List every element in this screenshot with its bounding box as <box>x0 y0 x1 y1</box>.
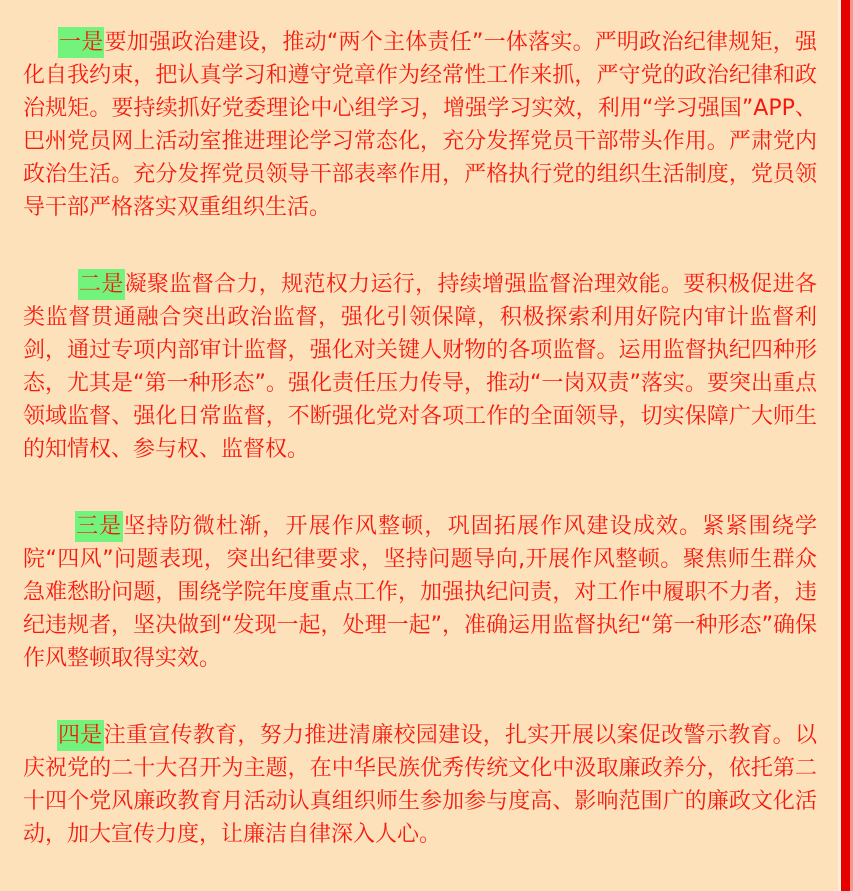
highlight-marker-2: 二是 <box>78 269 125 300</box>
paragraph-3: 三是坚持防微杜渐，开展作风整顿，巩固拓展作风建设成效。紧紧围绕学院“四风”问题表… <box>23 510 817 675</box>
paragraph-2-text: 凝聚监督合力，规范权力运行，持续增强监督治理效能。要积极促进各类监督贯通融合突出… <box>23 272 817 462</box>
document-page: 一是要加强政治建设，推动“两个主体责任”一体落实。严明政治纪律规矩，强化自我约束… <box>0 0 853 891</box>
paragraph-2: 二是凝聚监督合力，规范权力运行，持续增强监督治理效能。要积极促进各类监督贯通融合… <box>23 268 817 466</box>
right-red-accent-bar <box>841 0 850 891</box>
highlight-marker-1: 一是 <box>58 27 104 58</box>
highlight-marker-3: 三是 <box>75 511 123 542</box>
paragraph-3-text: 坚持防微杜渐，开展作风整顿，巩固拓展作风建设成效。紧紧围绕学院“四风”问题表现，… <box>23 514 817 671</box>
paragraph-1-text: 要加强政治建设，推动“两个主体责任”一体落实。严明政治纪律规矩，强化自我约束，把… <box>23 30 817 220</box>
highlight-marker-4: 四是 <box>57 720 104 751</box>
paragraph-4-text: 注重宣传教育，努力推进清廉校园建设，扎实开展以案促改警示教育。以庆祝党的二十大召… <box>23 723 817 847</box>
paragraph-4: 四是注重宣传教育，努力推进清廉校园建设，扎实开展以案促改警示教育。以庆祝党的二十… <box>23 719 817 851</box>
paragraph-1: 一是要加强政治建设，推动“两个主体责任”一体落实。严明政治纪律规矩，强化自我约束… <box>23 26 817 224</box>
document-body: 一是要加强政治建设，推动“两个主体责任”一体落实。严明政治纪律规矩，强化自我约束… <box>23 26 817 851</box>
